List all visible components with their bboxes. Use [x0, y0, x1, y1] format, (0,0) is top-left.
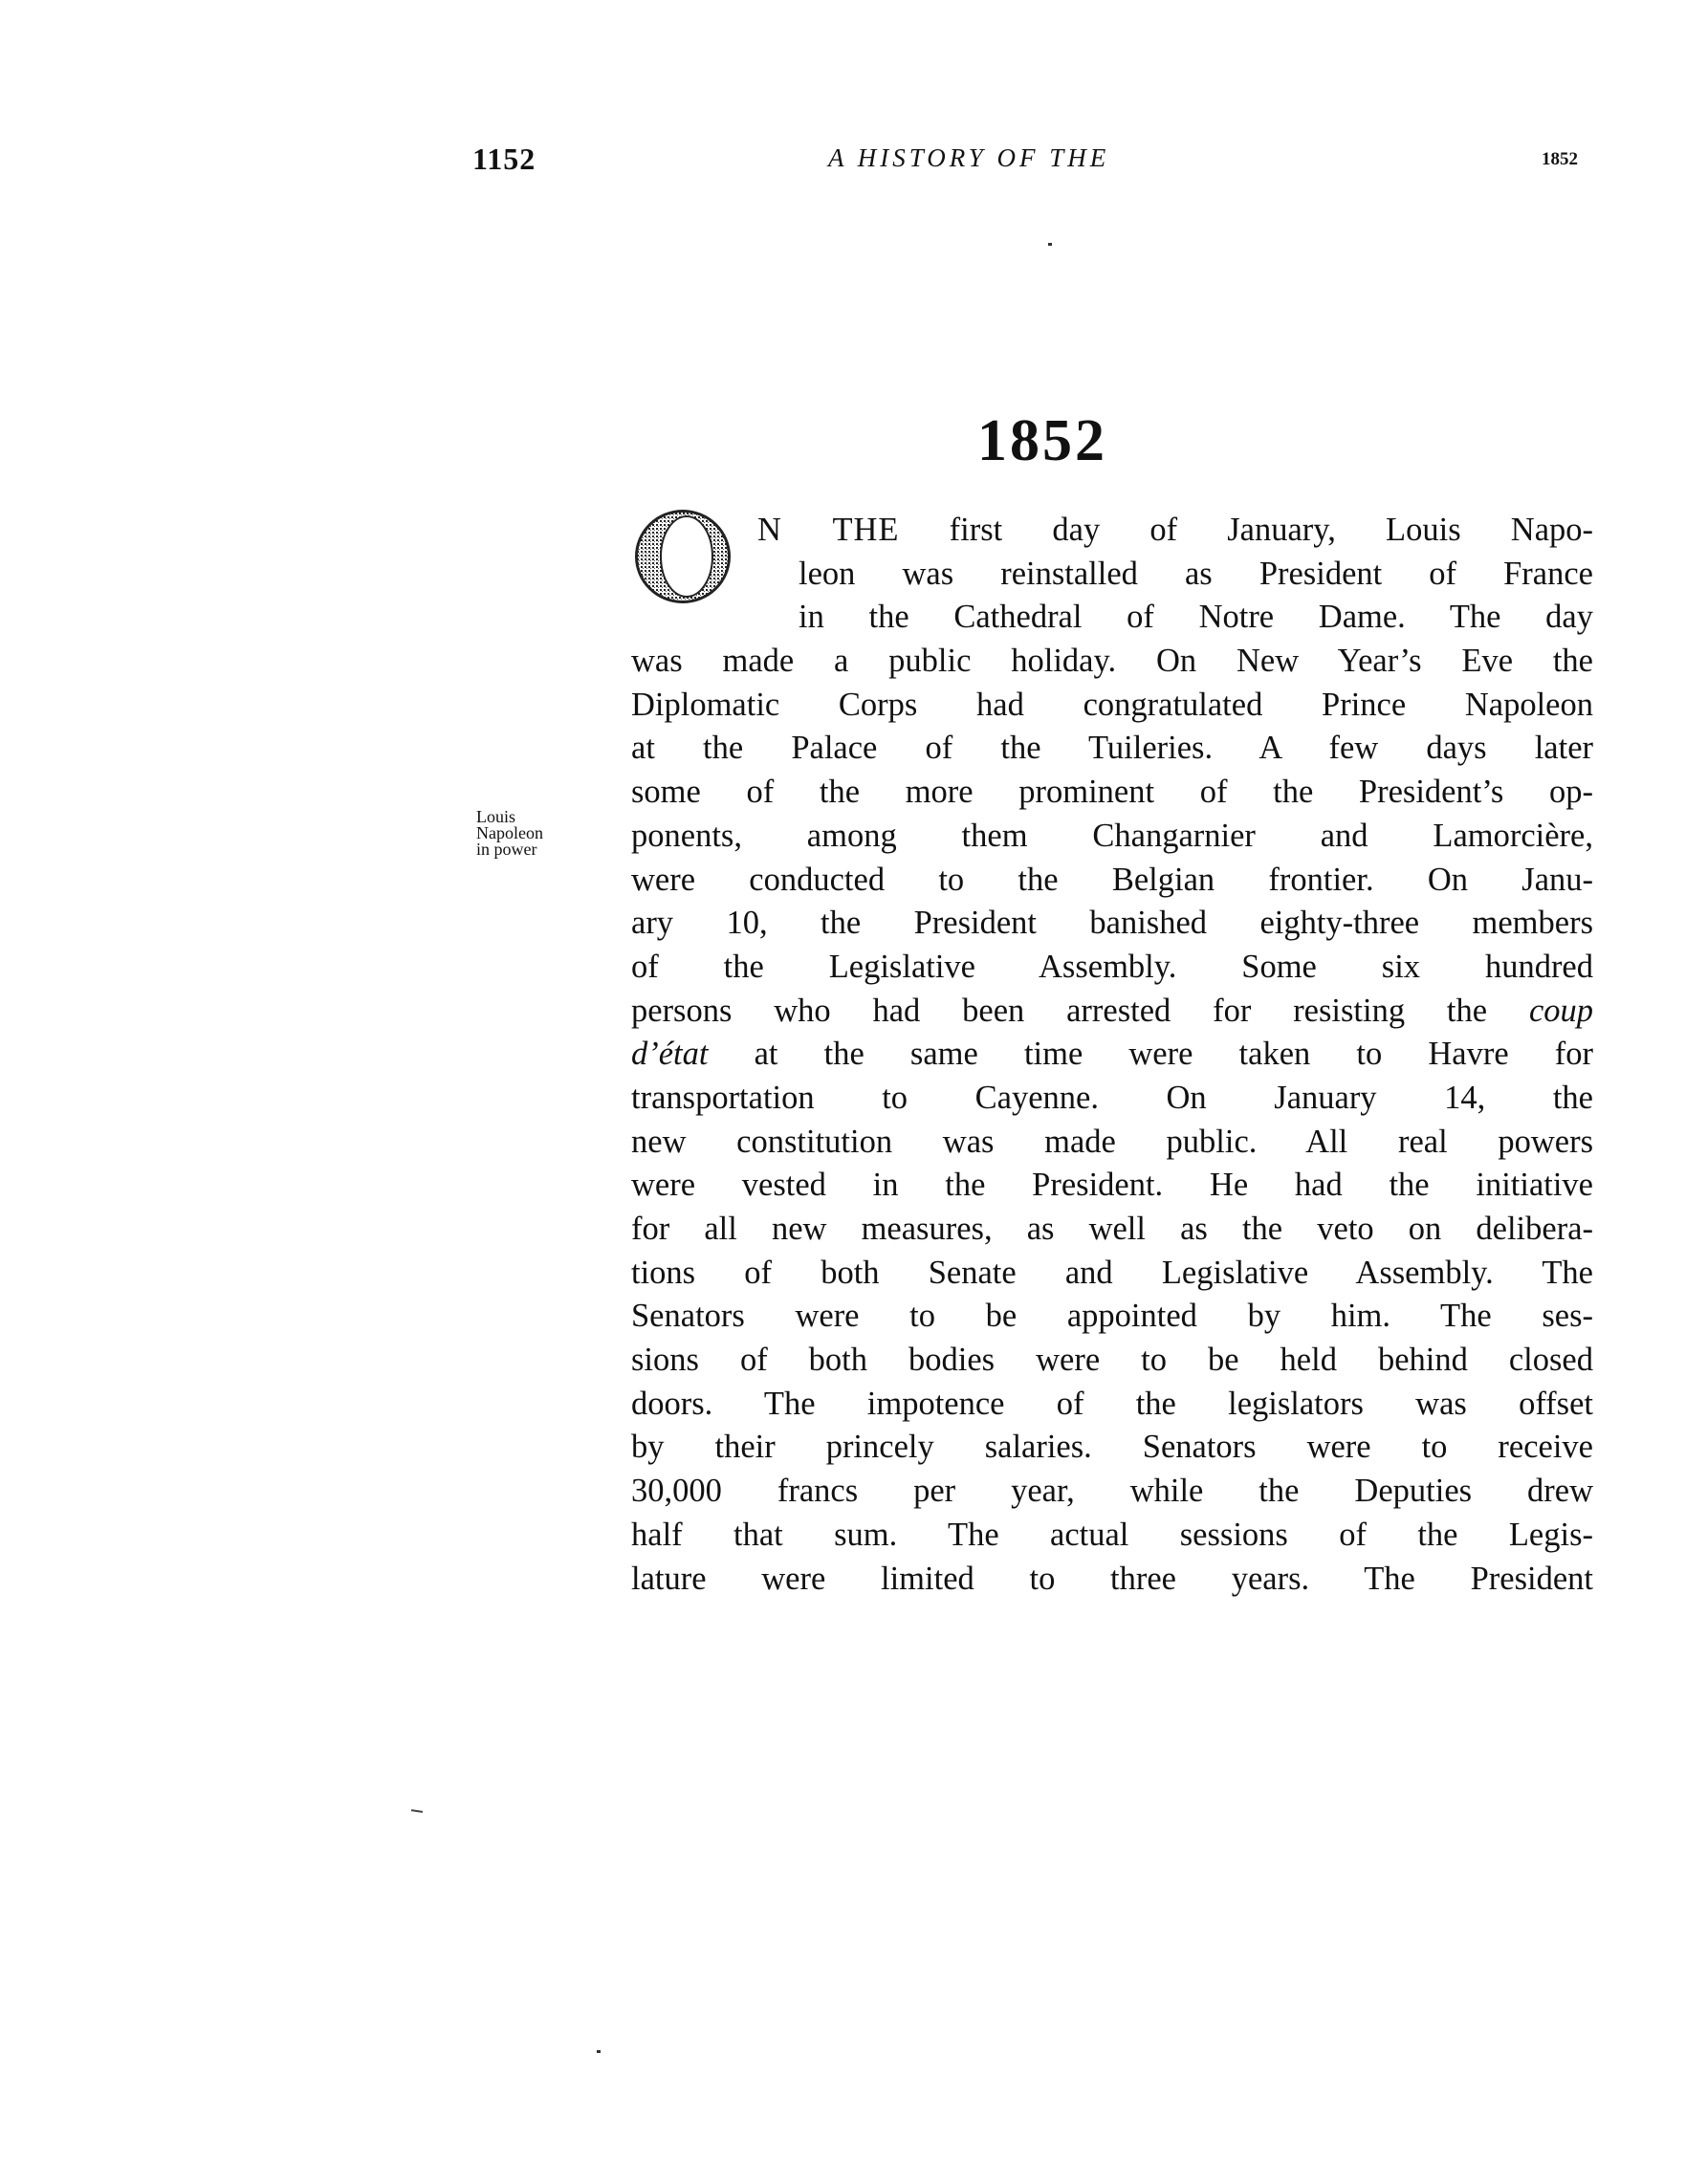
text-line: d’état at the same time were taken to Ha… [631, 1033, 1593, 1077]
text-line: was made a public holiday. On New Year’s… [631, 640, 1593, 684]
text-line: transportation to Cayenne. On January 14… [631, 1077, 1593, 1121]
text-line: were vested in the President. He had the… [631, 1164, 1593, 1208]
text-line: of the Legislative Assembly. Some six hu… [631, 946, 1593, 990]
running-year: 1852 [1542, 149, 1578, 170]
margin-note-line: in power [476, 841, 543, 858]
scan-speck [1048, 243, 1052, 246]
text-line: N THE first day of January, Louis Napo- [631, 509, 1593, 553]
text-line: were conducted to the Belgian frontier. … [631, 859, 1593, 903]
text-line: new constitution was made public. All re… [631, 1121, 1593, 1165]
running-title: A HISTORY OF THE [828, 143, 1109, 173]
text-line: for all new measures, as well as the vet… [631, 1208, 1593, 1252]
text-line: doors. The impotence of the legislators … [631, 1383, 1593, 1427]
text-line: leon was reinstalled as President of Fra… [631, 553, 1593, 597]
body-text: N THE first day of January, Louis Napo- … [631, 509, 1593, 1601]
chapter-title: 1852 [0, 407, 1707, 475]
text-line: half that sum. The actual sessions of th… [631, 1514, 1593, 1558]
text-line: lature were limited to three years. The … [631, 1558, 1593, 1602]
text-line: ary 10, the President banished eighty-th… [631, 902, 1593, 946]
text-line: ponents, among them Changarnier and Lamo… [631, 815, 1593, 859]
text-line: 30,000 francs per year, while the Deputi… [631, 1470, 1593, 1514]
scan-speck [597, 2050, 601, 2053]
running-head: 1152 A HISTORY OF THE 1852 [0, 142, 1707, 180]
text-line: tions of both Senate and Legislative Ass… [631, 1252, 1593, 1296]
text-line: in the Cathedral of Notre Dame. The day [631, 596, 1593, 640]
scan-speck [411, 1809, 423, 1813]
text-line: sions of both bodies were to be held beh… [631, 1339, 1593, 1383]
text-line: Senators were to be appointed by him. Th… [631, 1295, 1593, 1339]
text-line: at the Palace of the Tuileries. A few da… [631, 727, 1593, 771]
text-line: persons who had been arrested for resist… [631, 990, 1593, 1034]
text-line: Diplomatic Corps had congratulated Princ… [631, 684, 1593, 728]
margin-note: Louis Napoleon in power [476, 809, 543, 858]
page-number: 1152 [472, 142, 536, 177]
text-line: some of the more prominent of the Presid… [631, 771, 1593, 815]
drop-cap-o-icon [629, 505, 748, 606]
text-line: by their princely salaries. Senators wer… [631, 1426, 1593, 1470]
